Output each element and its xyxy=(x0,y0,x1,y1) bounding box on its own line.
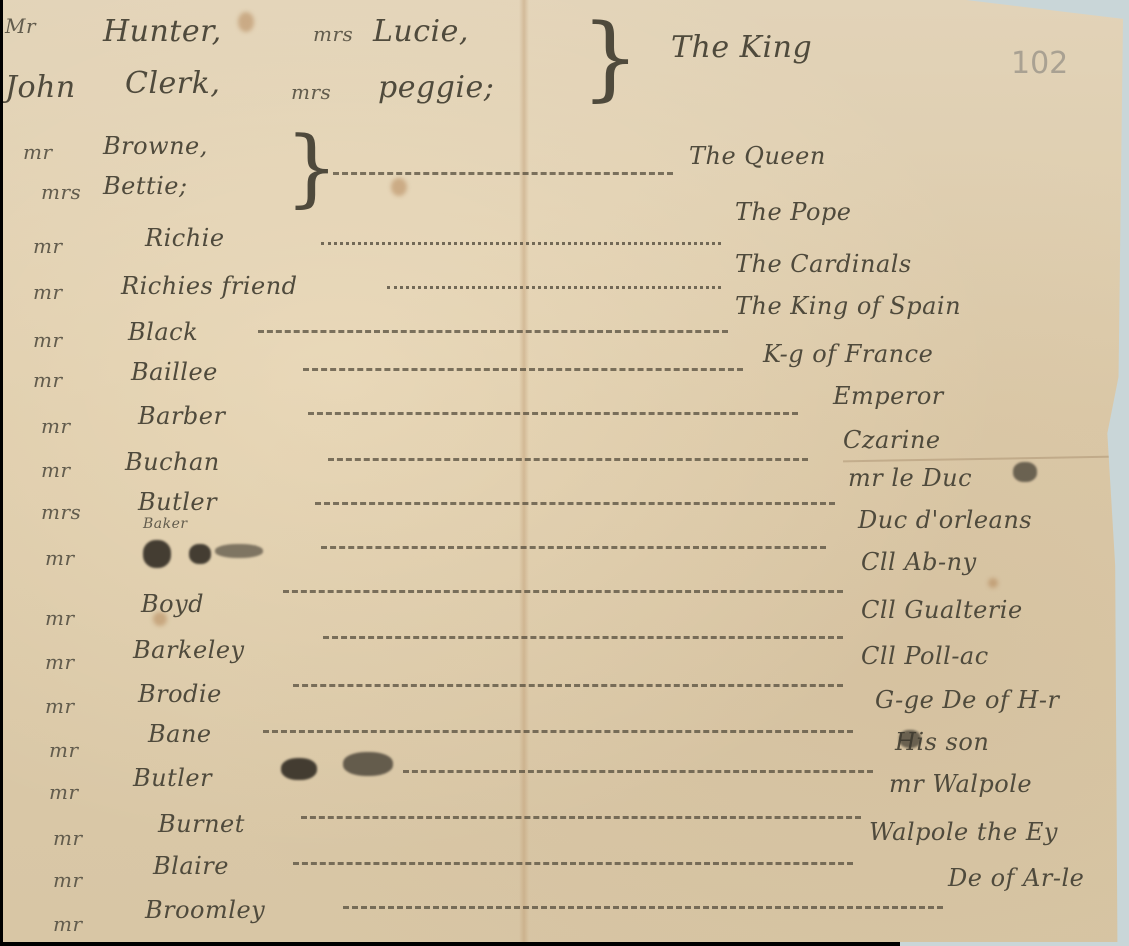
stain-mark xyxy=(238,12,254,32)
honorific: mrs xyxy=(313,22,353,46)
leader-line xyxy=(387,286,721,289)
ink-blot xyxy=(281,758,317,780)
target: mr le Duc xyxy=(848,464,972,492)
leader-line xyxy=(328,458,808,461)
honorific: mr xyxy=(33,328,63,352)
leader-line xyxy=(258,330,728,333)
leader-line xyxy=(301,816,861,819)
target: Emperor xyxy=(833,382,944,410)
name: Lucie, xyxy=(373,14,469,49)
leader-line xyxy=(315,502,835,505)
target: K-g of France xyxy=(763,340,933,368)
target: Czarine xyxy=(843,426,941,454)
honorific: mr xyxy=(23,140,53,164)
leader-line xyxy=(321,546,826,549)
name: Boyd xyxy=(141,590,204,618)
ink-blot xyxy=(189,544,211,564)
target: Walpole the Ey xyxy=(869,818,1058,846)
name: John xyxy=(5,70,76,105)
name: Hunter, xyxy=(103,14,222,49)
name: Clerk, xyxy=(125,66,220,101)
brace-symbol: } xyxy=(285,118,338,216)
leader-line xyxy=(343,906,943,909)
leader-line xyxy=(293,684,843,687)
name: Black xyxy=(128,318,198,346)
center-fold xyxy=(519,0,529,942)
target: Cll Ab-ny xyxy=(861,548,977,576)
leader-line xyxy=(293,862,853,865)
name: Richies friend xyxy=(121,272,298,300)
honorific: mr xyxy=(45,546,75,570)
target-the-king: The King xyxy=(671,30,812,65)
name: Richie xyxy=(145,224,225,252)
leader-line xyxy=(333,172,673,175)
name: Butler xyxy=(133,764,212,792)
name: Bane xyxy=(148,720,212,748)
name: peggie; xyxy=(378,70,494,105)
leader-line xyxy=(263,730,853,733)
name: Bettie; xyxy=(103,172,188,200)
target: The King of Spain xyxy=(735,292,961,320)
honorific: mr xyxy=(45,694,75,718)
honorific: Mr xyxy=(5,14,36,38)
leader-line xyxy=(323,636,843,639)
name: Brodie xyxy=(138,680,222,708)
name: Burnet xyxy=(158,810,245,838)
honorific: mr xyxy=(33,368,63,392)
honorific: mr xyxy=(53,868,83,892)
brace-symbol: } xyxy=(581,4,640,111)
honorific: mr xyxy=(53,912,83,936)
target: Cll Gualterie xyxy=(861,596,1023,624)
ink-blot xyxy=(899,730,921,748)
honorific: mr xyxy=(33,280,63,304)
leader-line xyxy=(303,368,743,371)
target: Cll Poll-ac xyxy=(861,642,989,670)
honorific: mr xyxy=(41,414,71,438)
honorific: mr xyxy=(45,650,75,674)
ink-blot xyxy=(143,540,171,568)
name: Blaire xyxy=(153,852,229,880)
honorific: mr xyxy=(41,458,71,482)
target: The Cardinals xyxy=(735,250,912,278)
ink-blot xyxy=(343,752,393,776)
target: mr Walpole xyxy=(889,770,1032,798)
stain-mark xyxy=(391,178,407,196)
honorific: mr xyxy=(53,826,83,850)
folio-number: 102 xyxy=(1011,46,1068,81)
target: G-ge De of H-r xyxy=(875,686,1059,714)
leader-line xyxy=(308,412,798,415)
honorific: mr xyxy=(33,234,63,258)
manuscript-page: 102 Mr Hunter, mrs Lucie, John Clerk, mr… xyxy=(3,0,1123,942)
name: Buchan xyxy=(125,448,220,476)
name: Butler xyxy=(138,488,217,516)
name: Browne, xyxy=(103,132,208,160)
ink-blot xyxy=(215,544,263,558)
name: Broomley xyxy=(145,896,265,924)
target-the-queen: The Queen xyxy=(689,142,826,170)
honorific: mr xyxy=(49,780,79,804)
name: Barber xyxy=(138,402,225,430)
honorific: mrs xyxy=(291,80,331,104)
leader-line xyxy=(283,590,843,593)
name: Baillee xyxy=(131,358,218,386)
target: The Pope xyxy=(735,198,852,226)
leader-line xyxy=(321,242,721,245)
honorific: mrs xyxy=(41,180,81,204)
stain-mark xyxy=(988,578,998,588)
ink-blot xyxy=(1013,462,1037,482)
honorific: mr xyxy=(45,606,75,630)
name: Barkeley xyxy=(133,636,245,664)
leader-line xyxy=(403,770,873,773)
target: Duc d'orleans xyxy=(858,506,1032,534)
target: De of Ar-le xyxy=(948,864,1084,892)
paper-crease xyxy=(843,456,1113,463)
honorific: mr xyxy=(49,738,79,762)
interlinear-correction: Baker xyxy=(143,516,188,532)
honorific: mrs xyxy=(41,500,81,524)
